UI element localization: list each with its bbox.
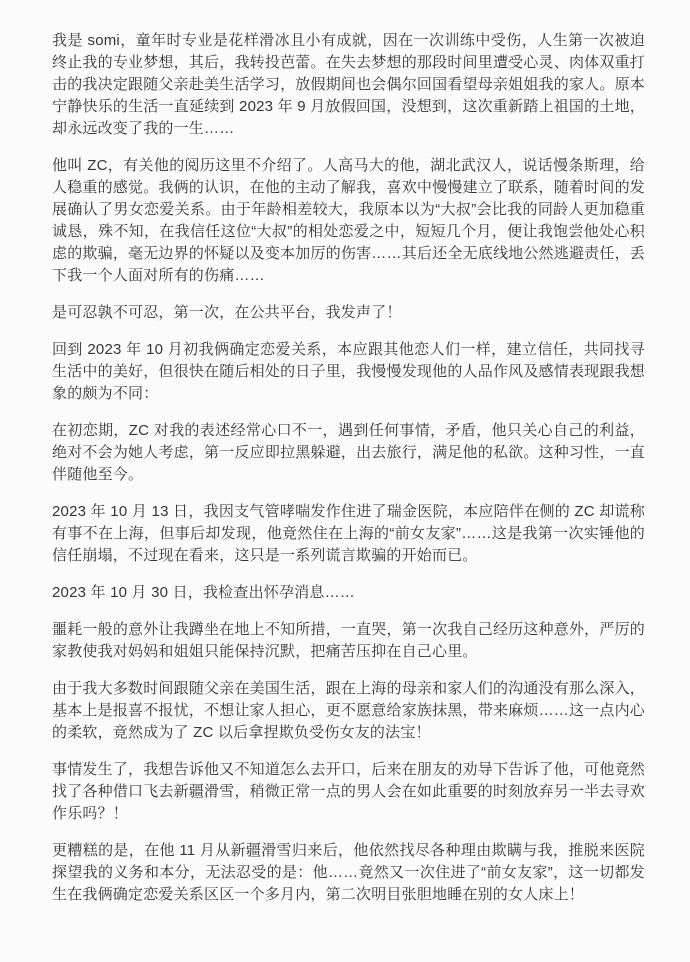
paragraph-relationship-start: 回到 2023 年 10 月初我俩确定恋爱关系，本应跟其他恋人们一样，建立信任，… [52, 339, 645, 405]
paragraph-declaration: 是可忍孰不可忍，第一次，在公共平台，我发声了！ [52, 302, 645, 324]
paragraph-family-background: 由于我大多数时间跟随父亲在美国生活，跟在上海的母亲和家人们的沟通没有那么深入，基… [52, 678, 645, 744]
paragraph-shock: 噩耗一般的意外让我蹲坐在地上不知所措，一直哭，第一次我自己经历这种意外，严厉的家… [52, 619, 645, 663]
paragraph-early-relationship: 在初恋期，ZC 对我的表述经常心口不一，遇到任何事情，矛盾，他只关心自己的利益，… [52, 420, 645, 486]
document-body: 我是 somi，童年时专业是花样滑冰且小有成就，因在一次训练中受伤，人生第一次被… [52, 30, 645, 906]
paragraph-hospital-oct13: 2023 年 10 月 13 日，我因支气管哮喘发作住进了瑞金医院，本应陪伴在侧… [52, 501, 645, 567]
paragraph-about-zc: 他叫 ZC，有关他的阅历这里不介绍了。人高马大的他，湖北武汉人，说话慢条斯理，给… [52, 155, 645, 287]
document-page: 我是 somi，童年时专业是花样滑冰且小有成就，因在一次训练中受伤，人生第一次被… [0, 0, 690, 962]
paragraph-november-return: 更糟糕的是，在他 11 月从新疆滑雪归来后，他依然找尽各种理由欺瞒与我，推脱来医… [52, 840, 645, 906]
paragraph-ski-trip: 事情发生了，我想告诉他又不知道怎么去开口，后来在朋友的劝导下告诉了他，可他竟然找… [52, 759, 645, 825]
paragraph-intro: 我是 somi，童年时专业是花样滑冰且小有成就，因在一次训练中受伤，人生第一次被… [52, 30, 645, 140]
paragraph-pregnancy-oct30: 2023 年 10 月 30 日，我检查出怀孕消息…… [52, 582, 645, 604]
